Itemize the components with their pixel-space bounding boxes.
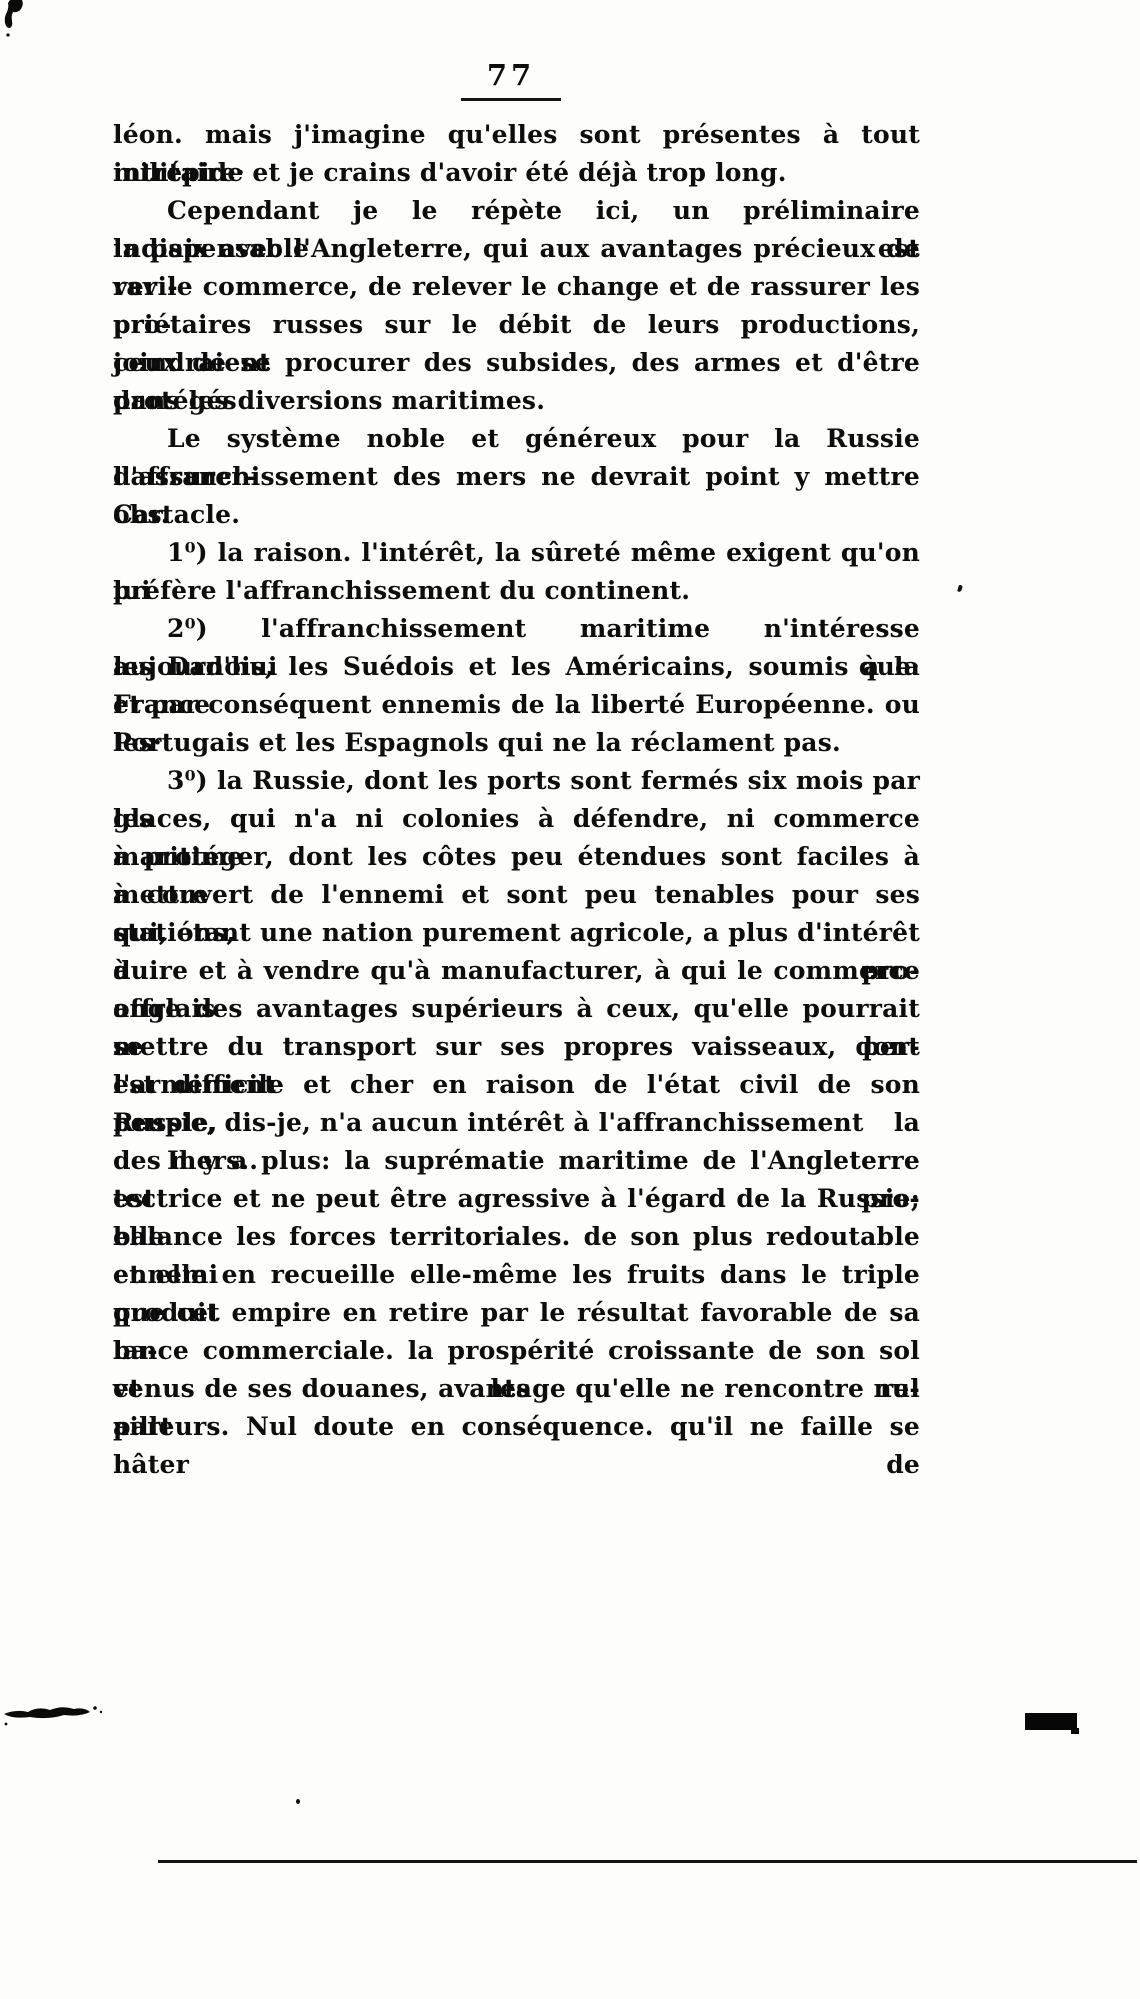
page-number-underline <box>461 98 561 101</box>
text-line: venus de ses douanes, avantage qu'elle n… <box>113 1370 920 1408</box>
text-line: que cet empire en retire par le résultat… <box>113 1294 920 1332</box>
text-line: tectrice et ne peut être agressive à l'é… <box>113 1180 920 1218</box>
text-line: 1⁰) la raison. l'intérêt, la sûreté même… <box>113 534 920 572</box>
text-line: la paix avec l'Angleterre, qui aux avant… <box>113 230 920 268</box>
text-line: à protéger, dont les côtes peu étendues … <box>113 838 920 876</box>
text-line: et elle en recueille elle-même les fruit… <box>113 1256 920 1294</box>
text-line: qui, étant une nation purement agricole,… <box>113 914 920 952</box>
text-line: et par conséquent ennemis de la liberté … <box>113 686 920 724</box>
text-line: les Danois, les Suédois et les Américain… <box>113 648 920 686</box>
text-line: dans les diversions maritimes. <box>113 382 920 420</box>
page-header: 77 <box>461 58 561 101</box>
text-line: Portugais et les Espagnols qui ne la réc… <box>113 724 920 762</box>
ink-smudge-bottom-left <box>4 1704 104 1728</box>
text-line: l'affranchissement des mers ne devrait p… <box>113 458 920 496</box>
text-line: Cependant je le répète ici, un prélimina… <box>113 192 920 230</box>
text-line: léon. mais j'imagine qu'elles sont prése… <box>113 116 920 154</box>
text-line: ver le commerce, de relever le change et… <box>113 268 920 306</box>
text-line: mettre du transport sur ses propres vais… <box>113 1028 920 1066</box>
ink-speck <box>296 1799 300 1804</box>
ink-speck <box>879 624 882 627</box>
text-line: glaces, qui n'a ni colonies à défendre, … <box>113 800 920 838</box>
page-number: 77 <box>461 58 561 92</box>
text-line: Il y a plus: la suprématie maritime de l… <box>113 1142 920 1180</box>
text-line: lance commerciale. la prospérité croissa… <box>113 1332 920 1370</box>
text-line: ailleurs. Nul doute en conséquence. qu'i… <box>113 1408 920 1446</box>
text-line: duire et à vendre qu'à manufacturer, à q… <box>113 952 920 990</box>
text-line: Le système noble et généreux pour la Rus… <box>113 420 920 458</box>
ink-blot-top-left <box>2 0 30 40</box>
ink-block-bottom-right <box>1025 1713 1077 1730</box>
ink-speck <box>957 585 963 593</box>
text-line: priétaires russes sur le débit de leurs … <box>113 306 920 344</box>
text-line: 2⁰) l'affranchissement maritime n'intére… <box>113 610 920 648</box>
page-text: léon. mais j'imagine qu'elles sont prése… <box>113 116 920 1446</box>
text-line: Russie, dis-je, n'a aucun intérêt à l'af… <box>113 1104 920 1142</box>
text-line: balance les forces territoriales. de son… <box>113 1218 920 1256</box>
text-line: offre des avantages supérieurs à ceux, q… <box>113 990 920 1028</box>
text-line: ceux de se procurer des subsides, des ar… <box>113 344 920 382</box>
text-line: intrépide et je crains d'avoir été déjà … <box>113 154 920 192</box>
text-line: préfère l'affranchissement du continent. <box>113 572 920 610</box>
text-line: est difficile et cher en raison de l'éta… <box>113 1066 920 1104</box>
text-line: à couvert de l'ennemi et sont peu tenabl… <box>113 876 920 914</box>
text-line: 3⁰) la Russie, dont les ports sont fermé… <box>113 762 920 800</box>
bottom-rule <box>158 1860 1137 1863</box>
